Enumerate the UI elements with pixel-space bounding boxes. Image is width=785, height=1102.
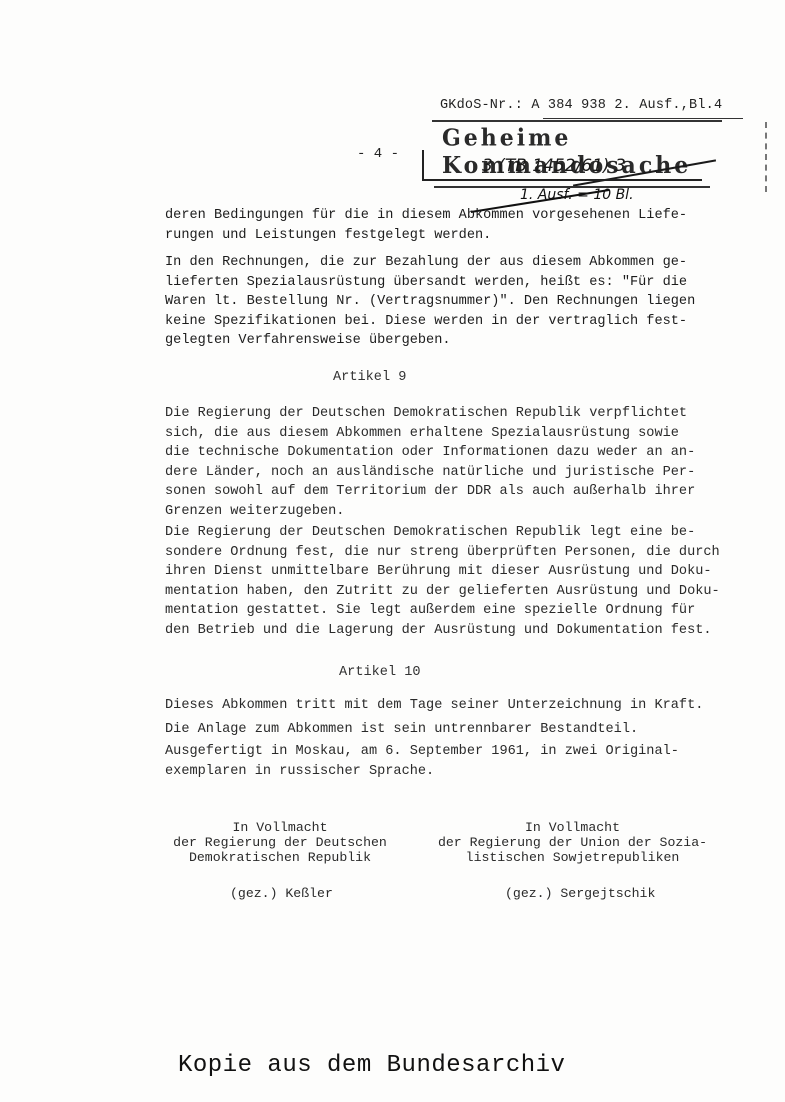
stamp-number: 3 (TB 1452/61) 3 [482, 156, 626, 176]
signatory-gdr: (gez.) Keßler [230, 886, 333, 901]
article-10-heading: Artikel 10 [339, 665, 421, 680]
document-reference: GKdoS-Nr.: A 384 938 2. Ausf.,Bl.4 [440, 98, 722, 113]
stamp-right-border [765, 122, 767, 192]
signature-block-ussr: In Vollmacht der Regierung der Union der… [430, 820, 715, 865]
article-9-paragraph-1: Die Regierung der Deutschen Demokratisch… [165, 404, 725, 521]
document-page: GKdoS-Nr.: A 384 938 2. Ausf.,Bl.4 - 4 -… [0, 0, 785, 1102]
article-9-heading: Artikel 9 [333, 370, 406, 385]
archive-footer: Kopie aus dem Bundesarchiv [178, 1052, 565, 1079]
reference-underline [543, 118, 743, 119]
stamp-left-border [422, 150, 424, 180]
article-9-paragraph-2: Die Regierung der Deutschen Demokratisch… [165, 523, 725, 640]
page-number: - 4 - [357, 146, 399, 162]
article-10-paragraph-2: Ausgefertigt in Moskau, am 6. September … [165, 742, 725, 781]
article-10-paragraph-1: Dieses Abkommen tritt mit dem Tage seine… [165, 694, 725, 742]
stamp-top-border [432, 120, 722, 122]
classification-stamp: Geheime Kommandosache 3 (TB 1452/61) 3 [422, 120, 767, 182]
paragraph-continuation: deren Bedingungen für die in diesem Abko… [165, 206, 725, 245]
signatory-ussr: (gez.) Sergejtschik [505, 886, 655, 901]
signature-block-gdr: In Vollmacht der Regierung der Deutschen… [160, 820, 400, 865]
paragraph-invoices: In den Rechnungen, die zur Bezahlung der… [165, 253, 725, 351]
stamp-bottom-border [422, 179, 702, 181]
